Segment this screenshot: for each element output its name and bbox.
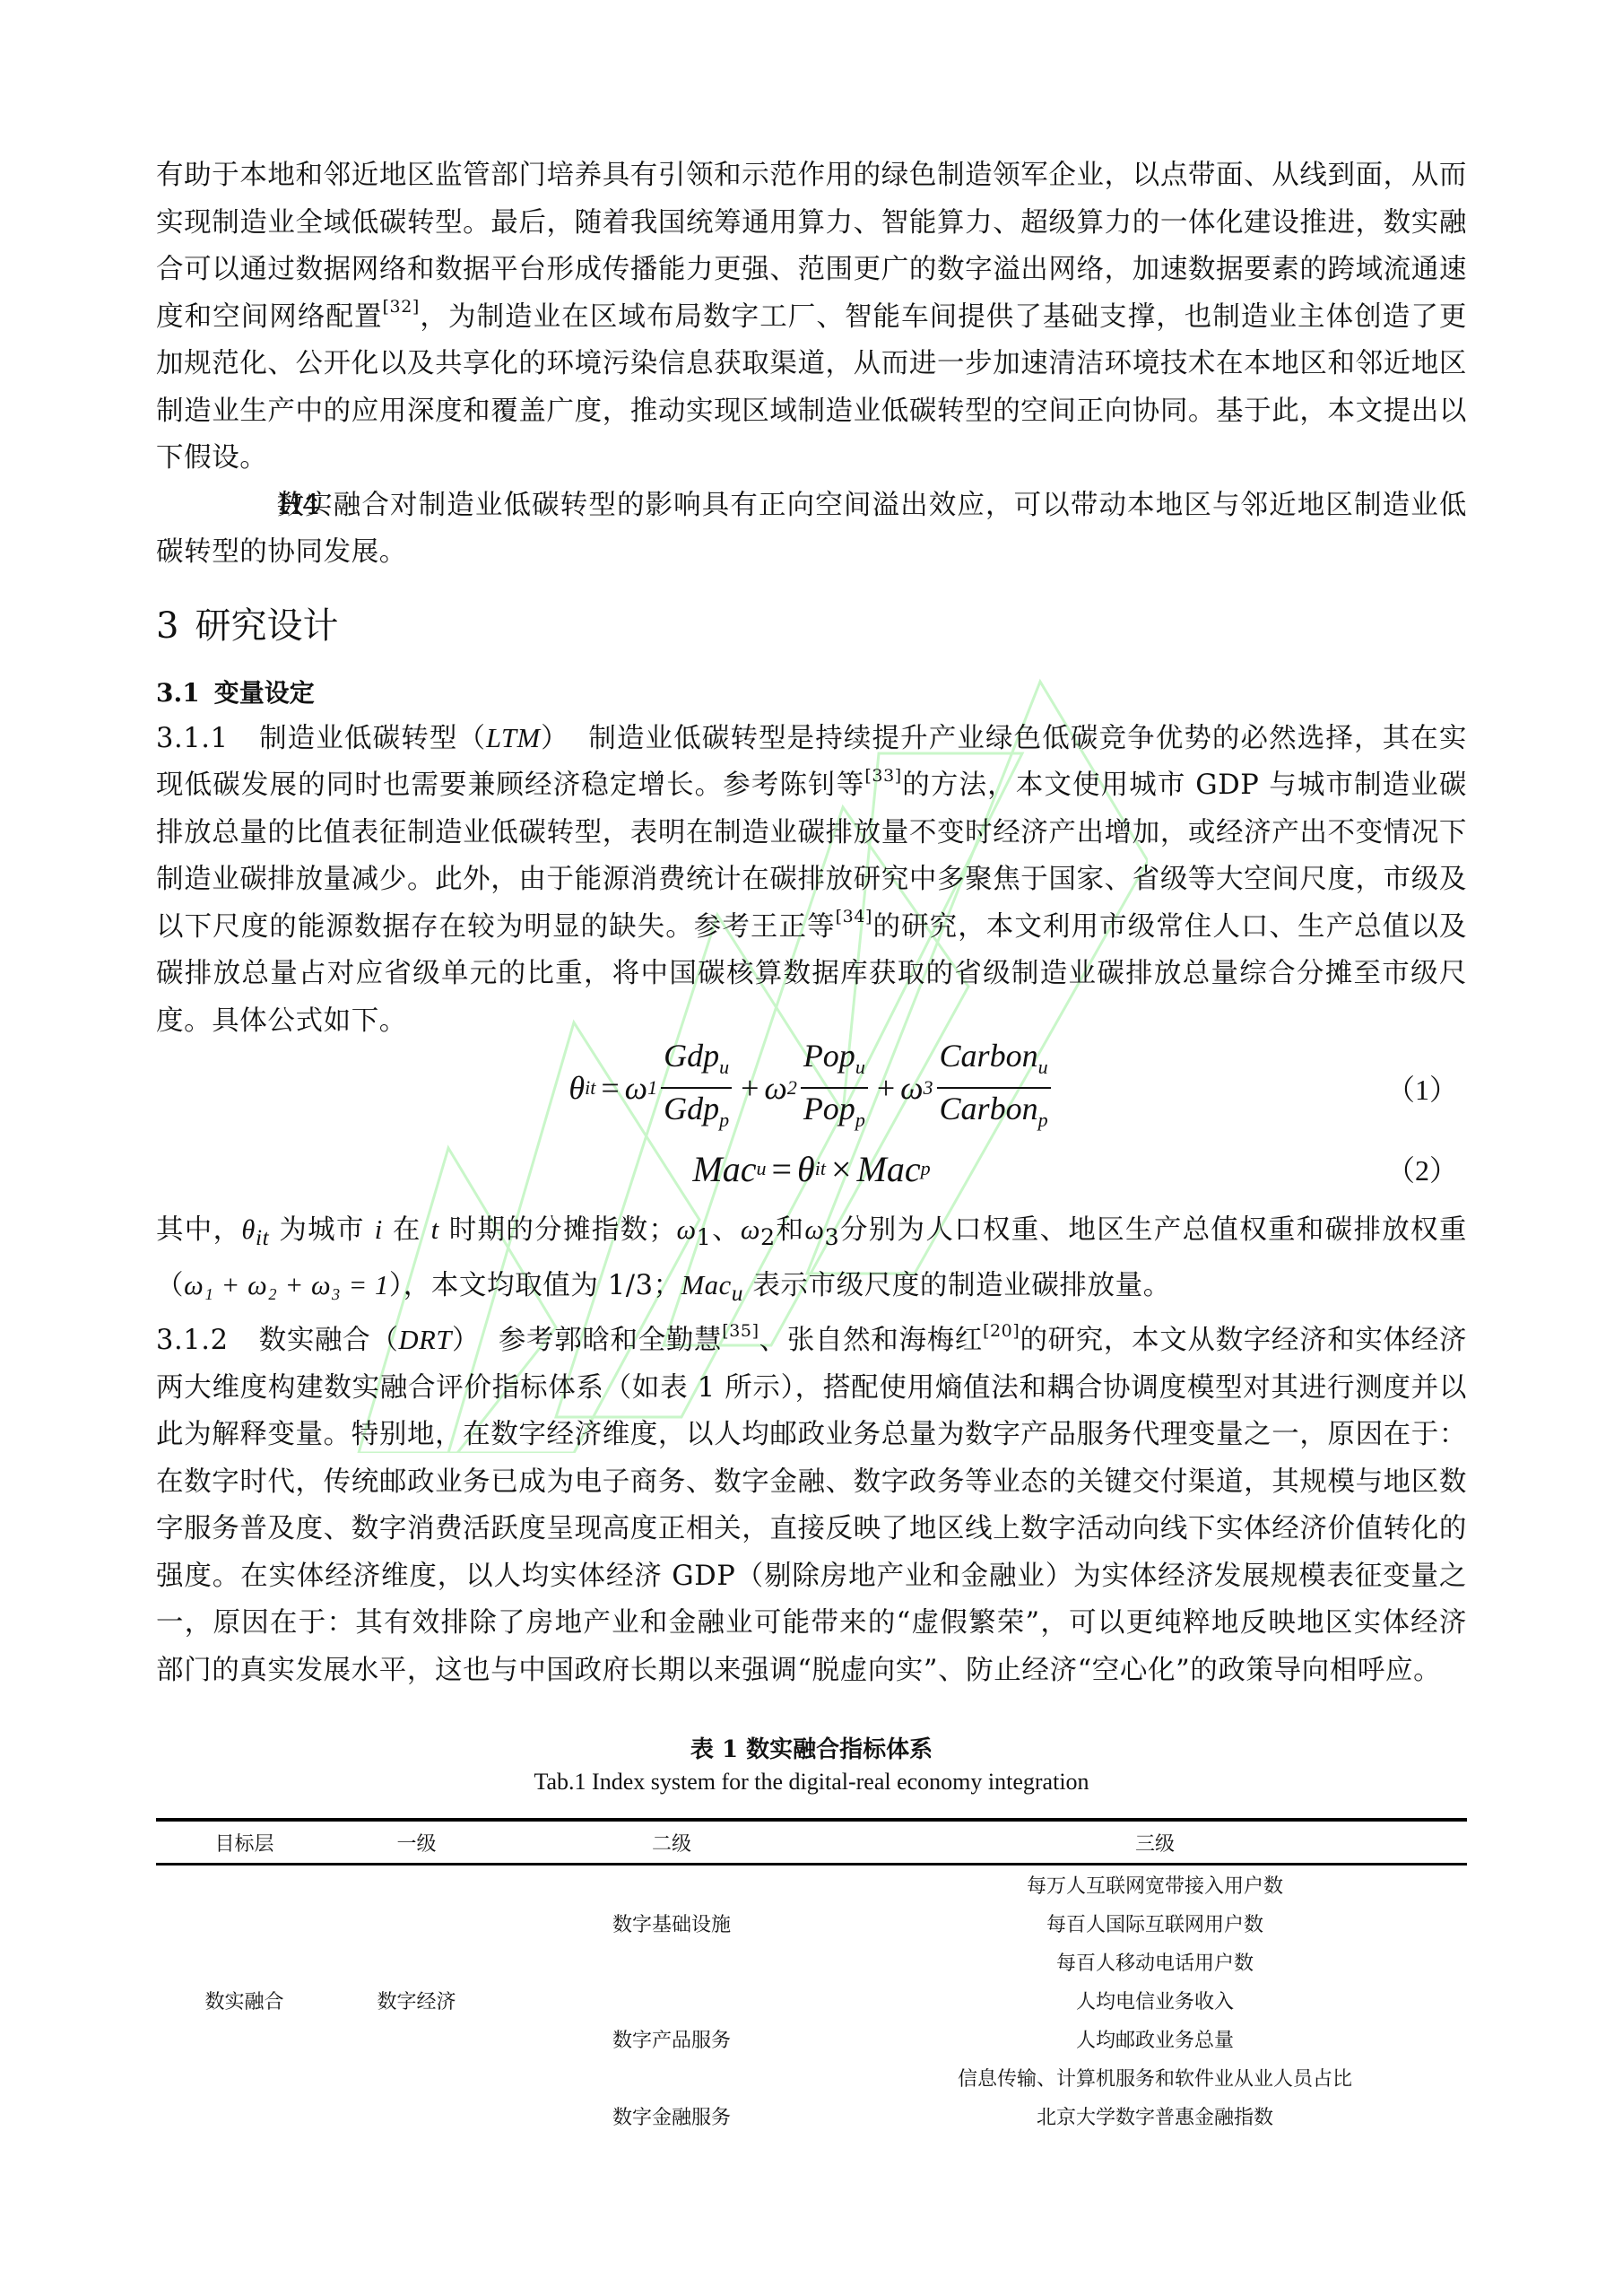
subsubsection-number: 3.1.2 <box>156 1325 229 1356</box>
paragraph-text: 、张自然和海梅红 <box>759 1325 983 1356</box>
eq-sub: p <box>719 1109 729 1131</box>
text: 、 <box>711 1214 741 1246</box>
cell-level2: 数字产品服务 <box>500 2020 843 2058</box>
paragraph-3-1-1: 3.1.1制造业低碳转型（LTM） 制造业低碳转型是持续提升产业绿色低碳竞争优势… <box>156 715 1467 1046</box>
equation-2: Macu = θit × Macp （2） <box>156 1131 1467 1206</box>
eq-theta: θ <box>568 1069 585 1107</box>
cell-level2 <box>500 2058 843 2097</box>
variable-title-close: ） <box>541 723 569 754</box>
eq-text: Pop <box>803 1038 855 1074</box>
symbol-theta: θ <box>241 1214 256 1245</box>
citation-35[interactable]: [35] <box>722 1321 759 1341</box>
cell-level3: 人均邮政业务总量 <box>843 2020 1467 2058</box>
subsection-number: 3.1 <box>156 678 200 708</box>
column-header-level1: 一级 <box>333 1820 500 1865</box>
eq-sub: p <box>1038 1109 1048 1131</box>
equation-number-2: （2） <box>1386 1148 1458 1189</box>
symbol-omega: ω <box>676 1214 696 1245</box>
column-header-target: 目标层 <box>156 1820 333 1865</box>
eq-equals: = <box>771 1148 792 1190</box>
section-title: 研究设计 <box>195 605 338 647</box>
paragraph-equation-explanation: 其中，θit 为城市 i 在 t 时期的分摊指数；ω1、ω2和ω3分别为人口权重… <box>156 1206 1467 1317</box>
citation-32[interactable]: [32] <box>383 297 420 317</box>
fraction-gdp: GdpuGdpp <box>661 1038 732 1138</box>
text: 时期的分摊指数； <box>439 1214 677 1246</box>
symbol-sub: 1 <box>697 1223 712 1250</box>
table-row: 数实融合 数字经济 每万人互联网宽带接入用户数 <box>156 1865 1467 1905</box>
hypothesis-h4: H4数实融合对制造业低碳转型的影响具有正向空间溢出效应，可以带动本地区与邻近地区… <box>156 483 1467 577</box>
eq-sub: p <box>855 1109 865 1131</box>
document-page: 有助于本地和邻近地区监管部门培养具有引领和示范作用的绿色制造领军企业，以点带面、… <box>156 152 1467 2135</box>
cell-level3: 人均电信业务收入 <box>843 1981 1467 2020</box>
index-system-table: 目标层 一级 二级 三级 数实融合 数字经济 每万人互联网宽带接入用户数 数字基… <box>156 1818 1467 2135</box>
eq-text: Carbon <box>940 1038 1038 1074</box>
eq-sub: u <box>719 1056 729 1078</box>
subsection-title: 变量设定 <box>214 678 315 708</box>
eq-text: Carbon <box>940 1091 1038 1126</box>
symbol-omega: ω <box>741 1214 760 1245</box>
symbol-t: t <box>431 1214 439 1245</box>
paragraph-text: 参考郭晗和全勤慧 <box>499 1325 722 1356</box>
eq-sub: 3 <box>924 1076 933 1100</box>
cell-level2: 数字金融服务 <box>500 2097 843 2135</box>
citation-20[interactable]: [20] <box>983 1321 1020 1341</box>
paragraph-text: 的研究，本文从数字经济和实体经济两大维度构建数实融合评价指标体系（如表 1 所示… <box>156 1325 1467 1686</box>
eq-sub: u <box>855 1056 865 1078</box>
column-header-level2: 二级 <box>500 1820 843 1865</box>
eq-text: Mac <box>692 1148 756 1190</box>
table-caption-en: Tab.1 Index system for the digital-real … <box>156 1766 1467 1798</box>
eq-text: Gdp <box>664 1091 719 1126</box>
text: 在 <box>383 1214 431 1246</box>
symbol-sub: u <box>732 1281 743 1306</box>
hypothesis-text: 数实融合对制造业低碳转型的影响具有正向空间溢出效应，可以带动本地区与邻近地区制造… <box>156 490 1467 569</box>
text: 和 <box>776 1214 805 1246</box>
variable-title: 制造业低碳转型（ <box>259 723 486 754</box>
variable-abbr: DRT <box>399 1325 452 1355</box>
symbol-omega: ω <box>804 1214 824 1245</box>
symbol-sub: 2 <box>760 1223 776 1250</box>
eq-sub: it <box>815 1157 826 1180</box>
eq-sub: it <box>585 1076 595 1100</box>
eq-omega: ω <box>764 1069 786 1107</box>
citation-34[interactable]: [34] <box>836 907 872 926</box>
section-heading-3: 3研究设计 <box>156 604 1467 648</box>
text: 为城市 <box>269 1214 374 1246</box>
symbol-mac: Mac <box>681 1270 732 1300</box>
text: 其中， <box>156 1214 241 1246</box>
cell-level3: 每百人移动电话用户数 <box>843 1943 1467 1981</box>
text: 表示市级尺度的制造业碳排放量。 <box>743 1270 1171 1301</box>
eq-text: Pop <box>803 1091 855 1126</box>
eq-theta: θ <box>797 1148 815 1190</box>
cell-level3: 北京大学数字普惠金融指数 <box>843 2097 1467 2135</box>
eq-text: Gdp <box>664 1038 719 1074</box>
eq-sub: u <box>1038 1056 1048 1078</box>
eq-omega: ω <box>900 1069 923 1107</box>
hypothesis-label: H4 <box>217 483 276 530</box>
eq-sub: p <box>921 1157 931 1180</box>
cell-level2 <box>500 1865 843 1905</box>
eq-plus: + <box>741 1069 759 1107</box>
symbol-sub: it <box>256 1225 269 1250</box>
eq-sub: 2 <box>787 1076 797 1100</box>
eq-equals: = <box>601 1069 619 1107</box>
cell-level2 <box>500 1943 843 1981</box>
cell-level2 <box>500 1981 843 2020</box>
variable-title: 数实融合（ <box>259 1325 399 1356</box>
subsubsection-number: 3.1.1 <box>156 723 229 754</box>
paragraph-spillover-mechanism: 有助于本地和邻近地区监管部门培养具有引领和示范作用的绿色制造领军企业，以点带面、… <box>156 152 1467 483</box>
cell-level2: 数字基础设施 <box>500 1904 843 1943</box>
cell-level3: 信息传输、计算机服务和软件业从业人员占比 <box>843 2058 1467 2097</box>
section-number: 3 <box>156 605 178 647</box>
cell-level3: 每百人国际互联网用户数 <box>843 1904 1467 1943</box>
table-header-row: 目标层 一级 二级 三级 <box>156 1820 1467 1865</box>
eq-text: Mac <box>857 1148 921 1190</box>
column-header-level3: 三级 <box>843 1820 1467 1865</box>
symbol-weight-sum: ω₁ + ω₂ + ω₃ = 1 <box>184 1270 389 1300</box>
eq-omega: ω <box>625 1069 647 1107</box>
citation-33[interactable]: [33] <box>864 766 901 786</box>
variable-title-close: ） <box>452 1325 480 1356</box>
eq-sub: 1 <box>647 1076 657 1100</box>
equation-number-1: （1） <box>1386 1067 1458 1109</box>
cell-level1: 数字经济 <box>333 1865 500 2136</box>
fraction-carbon: CarbonuCarbonp <box>937 1038 1051 1138</box>
text: ），本文均取值为 1/3； <box>389 1270 681 1301</box>
variable-abbr: LTM <box>486 723 541 753</box>
table-caption-zh: 表 1 数实融合指标体系 <box>156 1734 1467 1766</box>
eq-sub: u <box>756 1157 766 1180</box>
eq-plus: + <box>877 1069 895 1107</box>
symbol-i: i <box>375 1214 383 1245</box>
symbol-sub: 3 <box>824 1223 839 1250</box>
paragraph-3-1-2: 3.1.2数实融合（DRT） 参考郭晗和全勤慧[35]、张自然和海梅红[20]的… <box>156 1317 1467 1694</box>
cell-target: 数实融合 <box>156 1865 333 2136</box>
subsection-heading-3-1: 3.1变量设定 <box>156 672 1467 715</box>
equation-1: θit = ω1 GdpuGdpp + ω2 PopuPopp + ω3 Car… <box>156 1045 1467 1131</box>
eq-times: × <box>831 1148 852 1190</box>
fraction-pop: PopuPopp <box>801 1038 868 1138</box>
cell-level3: 每万人互联网宽带接入用户数 <box>843 1865 1467 1905</box>
